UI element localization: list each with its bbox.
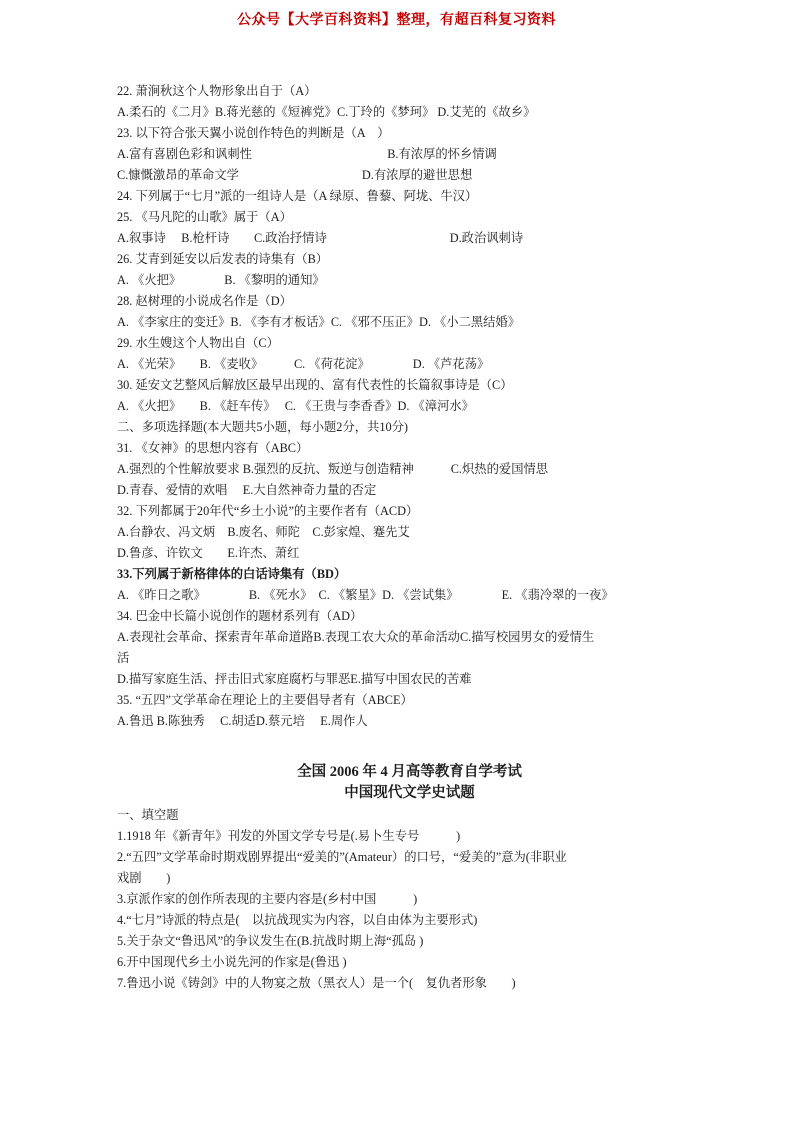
document-line: A. 《昨日之歌》 B. 《死水》 C. 《繁星》D. 《尝试集》 E. 《翡冷… xyxy=(117,585,702,606)
document-line: 22. 萧涧秋这个人物形象出自于（A） xyxy=(117,81,702,102)
document-line: 4.“七月”诗派的特点是( 以抗战现实为内容，以自由体为主要形式) xyxy=(117,910,702,931)
questions-part1: 22. 萧涧秋这个人物形象出自于（A）A.柔石的《二月》B.蒋光慈的《短裤党》C… xyxy=(117,81,702,732)
document-line: 7.鲁迅小说《铸剑》中的人物宴之敖（黑衣人）是一个( 复仇者形象 ) xyxy=(117,973,702,994)
document-page: 公众号【大学百科资料】整理，有超百科复习资料 22. 萧涧秋这个人物形象出自于（… xyxy=(0,0,793,1122)
document-line: 26. 艾青到延安以后发表的诗集有（B） xyxy=(117,249,702,270)
document-line: 23. 以下符合张天翼小说创作特色的判断是（A ） xyxy=(117,123,702,144)
document-line: A.台静农、冯文炳 B.废名、师陀 C.彭家煌、蹇先艾 xyxy=(117,522,702,543)
document-line: D.青春、爱情的欢唱 E.大自然神奇力量的否定 xyxy=(117,480,702,501)
document-line: A.叙事诗 B.枪杆诗 C.政治抒情诗 D.政治讽刺诗 xyxy=(117,228,702,249)
document-line: 34. 巴金中长篇小说创作的题材系列有（AD） xyxy=(117,606,702,627)
document-line: 30. 延安文艺整风后解放区最早出现的、富有代表性的长篇叙事诗是（C） xyxy=(117,375,702,396)
document-line: A. 《火把》 B. 《黎明的通知》 xyxy=(117,270,702,291)
exam-title-line1: 全国 2006 年 4 月高等教育自学考试 xyxy=(117,762,702,783)
document-line: 33.下列属于新格律体的白话诗集有（BD） xyxy=(117,564,702,585)
document-line: A.富有喜剧色彩和讽刺性 B.有浓厚的怀乡情调 xyxy=(117,144,702,165)
document-body: 22. 萧涧秋这个人物形象出自于（A）A.柔石的《二月》B.蒋光慈的《短裤党》C… xyxy=(117,81,702,994)
promo-header: 公众号【大学百科资料】整理，有超百科复习资料 xyxy=(0,0,793,29)
document-line: 5.关于杂文“鲁迅风”的争议发生在(B.抗战时期上海“孤岛 ) xyxy=(117,931,702,952)
document-line: 35. “五四”文学革命在理论上的主要倡导者有（ABCE） xyxy=(117,690,702,711)
document-line: A.强烈的个性解放要求 B.强烈的反抗、叛逆与创造精神 C.炽热的爱国情思 xyxy=(117,459,702,480)
document-line: 戏剧 ) xyxy=(117,868,702,889)
document-line: 31. 《女神》的思想内容有（ABC） xyxy=(117,438,702,459)
document-line: A.鲁迅 B.陈独秀 C.胡适D.蔡元培 E.周作人 xyxy=(117,711,702,732)
document-line: 28. 赵树理的小说成名作是（D） xyxy=(117,291,702,312)
document-line: 32. 下列都属于20年代“乡土小说”的主要作者有（ACD） xyxy=(117,501,702,522)
exam-title-block: 全国 2006 年 4 月高等教育自学考试 中国现代文学史试题 xyxy=(117,762,702,804)
document-line: 1.1918 年《新青年》刊发的外国文学专号是(.易卜生专号 ) xyxy=(117,826,702,847)
document-line: D.鲁彦、许钦文 E.许杰、萧红 xyxy=(117,543,702,564)
document-line: D.描写家庭生活、抨击旧式家庭腐朽与罪恶E.描写中国农民的苦难 xyxy=(117,669,702,690)
document-line: A. 《火把》 B. 《赶车传》 C. 《王贵与李香香》D. 《漳河水》 xyxy=(117,396,702,417)
document-line: 一、填空题 xyxy=(117,805,702,826)
document-line: A. 《李家庄的变迁》B. 《李有才板话》C. 《邪不压正》D. 《小二黑结婚》 xyxy=(117,312,702,333)
document-line: 25. 《马凡陀的山歌》属于（A） xyxy=(117,207,702,228)
document-line: 活 xyxy=(117,648,702,669)
questions-part2: 一、填空题1.1918 年《新青年》刊发的外国文学专号是(.易卜生专号 )2.“… xyxy=(117,805,702,994)
document-line: 2.“五四”文学革命时期戏剧界提出“爱美的”(Amateur）的口号，“爱美的”… xyxy=(117,847,702,868)
document-line: C.慷慨激昂的革命文学 D.有浓厚的避世思想 xyxy=(117,165,702,186)
document-line: 二、多项选择题(本大题共5小题，每小题2分，共10分) xyxy=(117,417,702,438)
document-line: A.表现社会革命、探索青年革命道路B.表现工农大众的革命活动C.描写校园男女的爱… xyxy=(117,627,702,648)
document-line: 24. 下列属于“七月”派的一组诗人是（A 绿原、鲁藜、阿垅、牛汉） xyxy=(117,186,702,207)
document-line: A.柔石的《二月》B.蒋光慈的《短裤党》C.丁玲的《梦珂》 D.艾芜的《故乡》 xyxy=(117,102,702,123)
document-line: 6.开中国现代乡土小说先河的作家是(鲁迅 ) xyxy=(117,952,702,973)
exam-title-line2: 中国现代文学史试题 xyxy=(117,783,702,804)
document-line: 29. 水生嫂这个人物出自（C） xyxy=(117,333,702,354)
document-line: A. 《光荣》 B. 《麦收》 C. 《荷花淀》 D. 《芦花荡》 xyxy=(117,354,702,375)
document-line: 3.京派作家的创作所表现的主要内容是(乡村中国 ) xyxy=(117,889,702,910)
